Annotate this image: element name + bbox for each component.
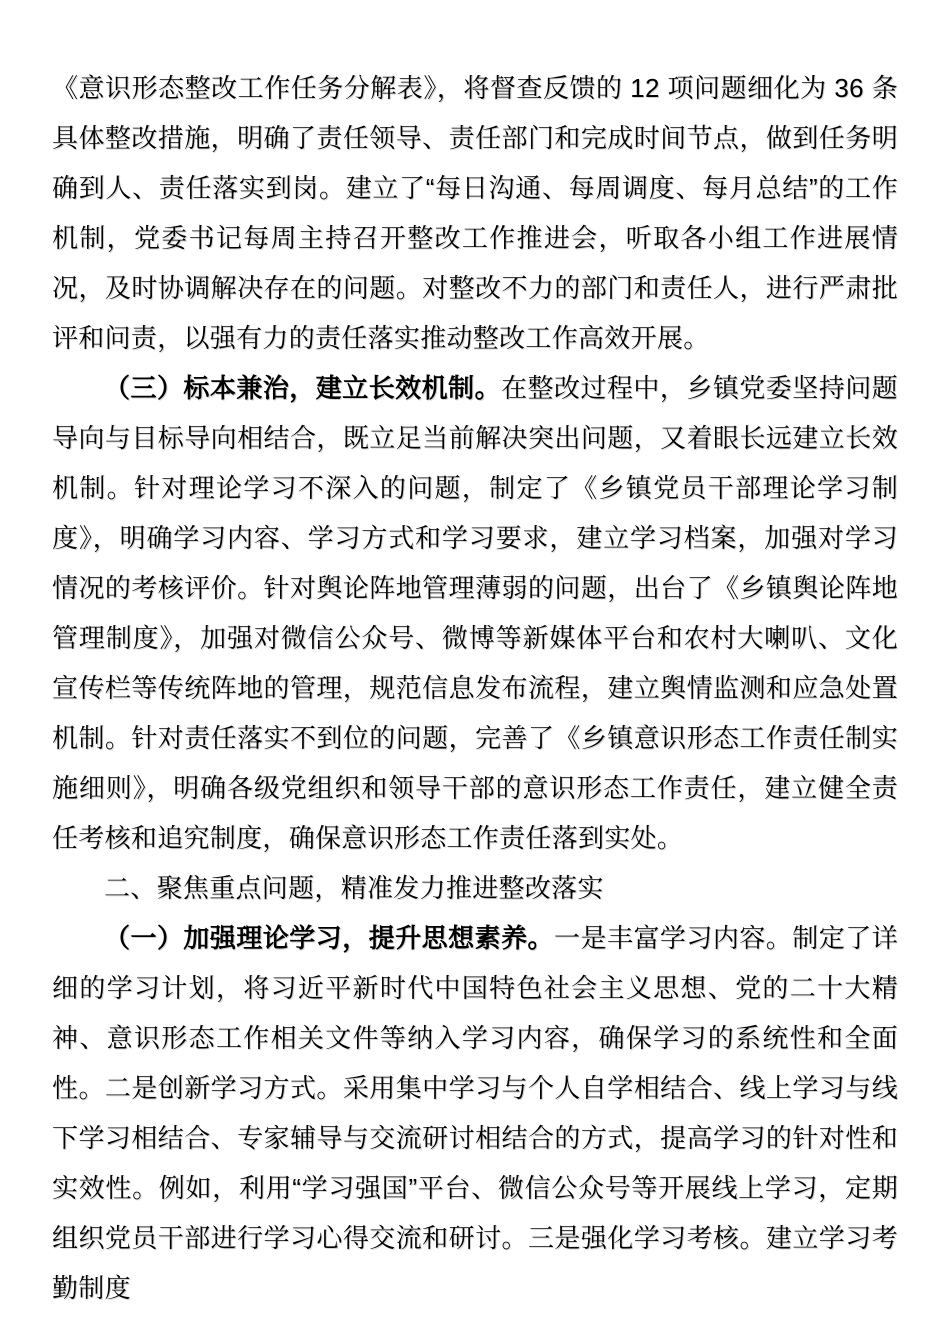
bold-text-run: （一）加强理论学习，提升思想素养。 bbox=[104, 923, 554, 953]
document-page: 《意识形态整改工作任务分解表》，将督查反馈的 12 项问题细化为 36 条具体整… bbox=[0, 0, 950, 1344]
text-run: 一是丰富学习内容。制定了详细的学习计划，将习近平新时代中国特色社会主义思想、党的… bbox=[52, 923, 898, 1303]
paragraph: 二、聚焦重点问题，精准发力推进整改落实 bbox=[52, 863, 898, 913]
text-run: 在整改过程中，乡镇党委坚持问题导向与目标导向相结合，既立足当前解决突出问题，又着… bbox=[52, 373, 898, 853]
document-body: 《意识形态整改工作任务分解表》，将督查反馈的 12 项问题细化为 36 条具体整… bbox=[52, 63, 898, 1313]
bold-text-run: （三）标本兼治，建立长效机制。 bbox=[104, 373, 501, 403]
paragraph: 《意识形态整改工作任务分解表》，将督查反馈的 12 项问题细化为 36 条具体整… bbox=[52, 63, 898, 363]
text-run: 《意识形态整改工作任务分解表》，将督查反馈的 12 项问题细化为 36 条具体整… bbox=[52, 73, 898, 353]
paragraph: （三）标本兼治，建立长效机制。在整改过程中，乡镇党委坚持问题导向与目标导向相结合… bbox=[52, 363, 898, 863]
text-run: 二、聚焦重点问题，精准发力推进整改落实 bbox=[104, 873, 604, 903]
paragraph: （一）加强理论学习，提升思想素养。一是丰富学习内容。制定了详细的学习计划，将习近… bbox=[52, 913, 898, 1313]
